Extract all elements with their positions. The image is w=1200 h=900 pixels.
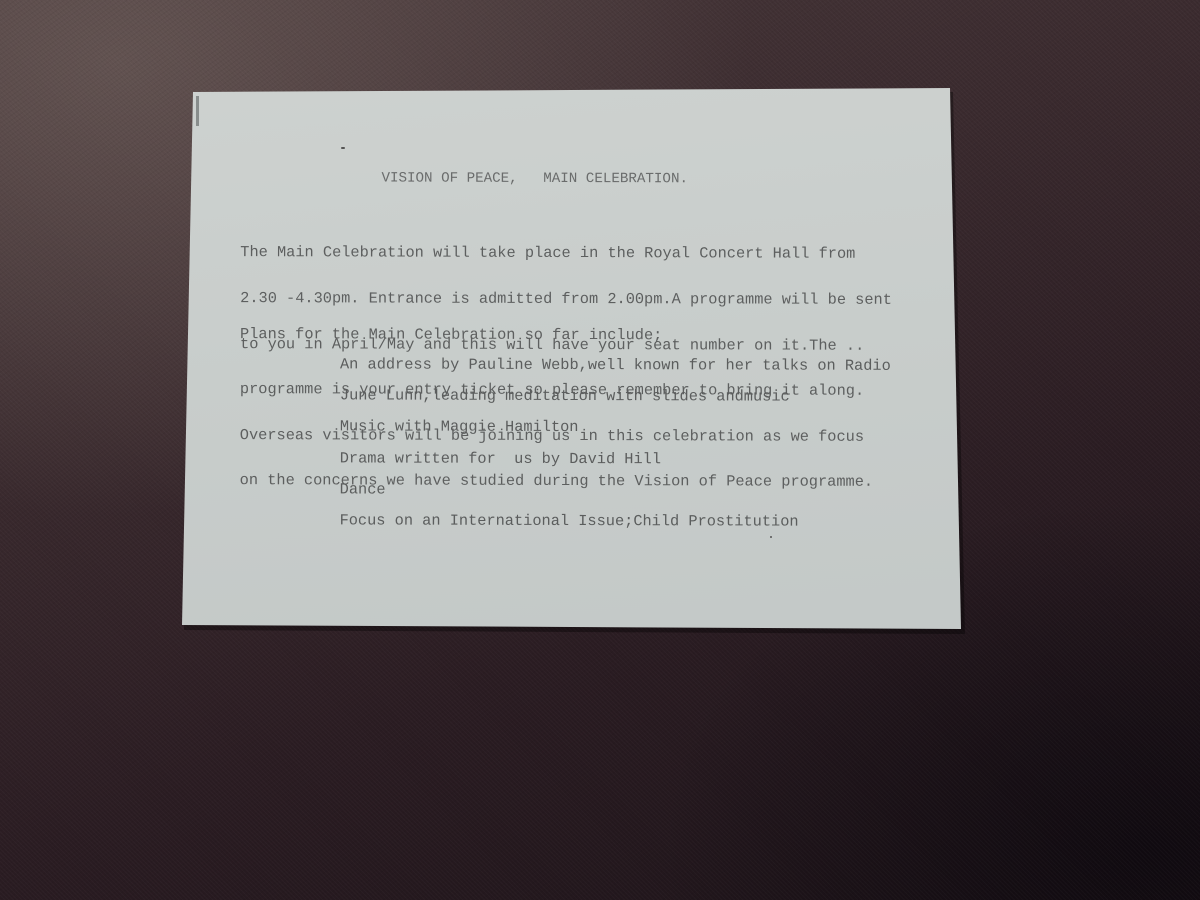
plan-item: June Lunn,leading meditation with slides…	[340, 387, 891, 420]
plans-intro: Plans for the Main Celebration so far in…	[240, 325, 662, 344]
paragraph-line: 2.30 -4.30pm. Entrance is admitted from …	[240, 291, 892, 308]
typed-document: VISION OF PEACE, MAIN CELEBRATION. The M…	[0, 0, 1200, 900]
plan-item: Drama written for us by David Hill	[340, 449, 891, 482]
plan-item: Dance	[340, 480, 891, 513]
plan-item: Focus on an International Issue;Child Pr…	[340, 511, 891, 544]
plan-item: Music with Maggie Hamilton	[340, 418, 891, 451]
document-title: VISION OF PEACE, MAIN CELEBRATION.	[381, 171, 688, 188]
plan-item: An address by Pauline Webb,well known fo…	[340, 355, 891, 388]
paragraph-line: The Main Celebration will take place in …	[240, 246, 892, 263]
plans-list: An address by Pauline Webb,well known fo…	[340, 355, 891, 544]
